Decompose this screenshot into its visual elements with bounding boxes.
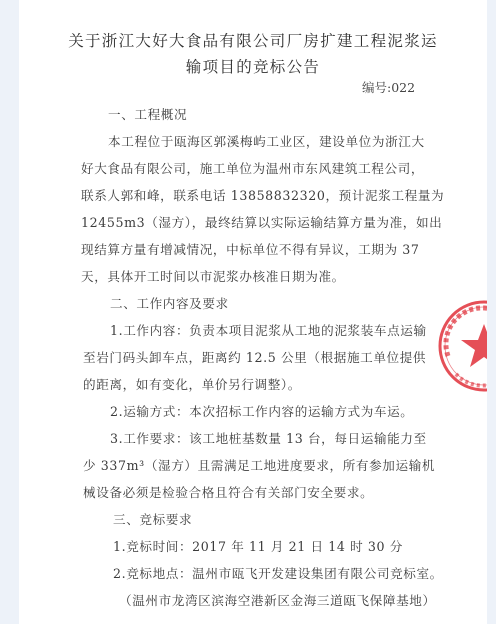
section-heading-project-overview: 一、工程概况 — [108, 104, 187, 123]
paragraph-line: 1.竞标时间：2017 年 11 月 21 日 14 时 30 分 — [113, 536, 403, 555]
section-heading-bidding-requirements: 三、竞标要求 — [113, 509, 192, 528]
paragraph-line: 好大食品有限公司，施工单位为温州市东风建筑工程公司， — [81, 158, 424, 177]
paragraph-line: 现结算方量有增减情况，中标单位不得有异议，工期为 37 — [81, 239, 419, 258]
paragraph-line: 天，具体开工时间以市泥浆办核准日期为准。 — [81, 266, 345, 285]
paragraph-line: 2.运输方式：本次招标工作内容的运输方式为车运。 — [110, 401, 413, 420]
paragraph-line: 的距离，如有变化，单价另行调整）。 — [83, 374, 301, 393]
section-heading-work-content: 二、工作内容及要求 — [110, 293, 229, 312]
paragraph-line: 本工程位于瓯海区郭溪梅屿工业区，建设单位为浙江大 — [108, 131, 425, 150]
paragraph-line: 2.竞标地点：温州市瓯飞开发建设集团有限公司竞标室。 — [113, 563, 443, 582]
document-title-line-2: 输项目的竞标公告 — [19, 55, 487, 77]
paragraph-line: 3.工作要求：该工地桩基数量 13 台，每日运输能力至 — [110, 428, 427, 447]
document-page: 关于浙江大好大食品有限公司厂房扩建工程泥浆运 输项目的竞标公告 编号:022 一… — [19, 0, 487, 624]
paragraph-line: 至岩门码头卸车点，距离约 12.5 公里（根据施工单位提供 — [83, 347, 426, 366]
paragraph-line: 械设备必须是检验合格且符合有关部门安全要求。 — [83, 482, 373, 501]
paragraph-line: （温州市龙湾区滨海空港新区金海三道瓯飞保障基地） — [119, 590, 436, 609]
paragraph-line: 联系人郭和峰，联系电话 13858832320，预计泥浆工程量为 — [81, 185, 444, 204]
official-seal-stamp-icon — [434, 296, 487, 396]
paragraph-line: 少 337m³（湿方）且需满足工地进度要求，所有参加运输机 — [83, 455, 435, 474]
document-number: 编号:022 — [362, 78, 415, 96]
paragraph-line: 1.工作内容：负责本项目泥浆从工地的泥浆装车点运输 — [110, 320, 427, 339]
paragraph-line: 12455m3（湿方），最终结算以实际运输结算方量为准，如出 — [81, 212, 442, 231]
document-title-line-1: 关于浙江大好大食品有限公司厂房扩建工程泥浆运 — [19, 29, 487, 51]
